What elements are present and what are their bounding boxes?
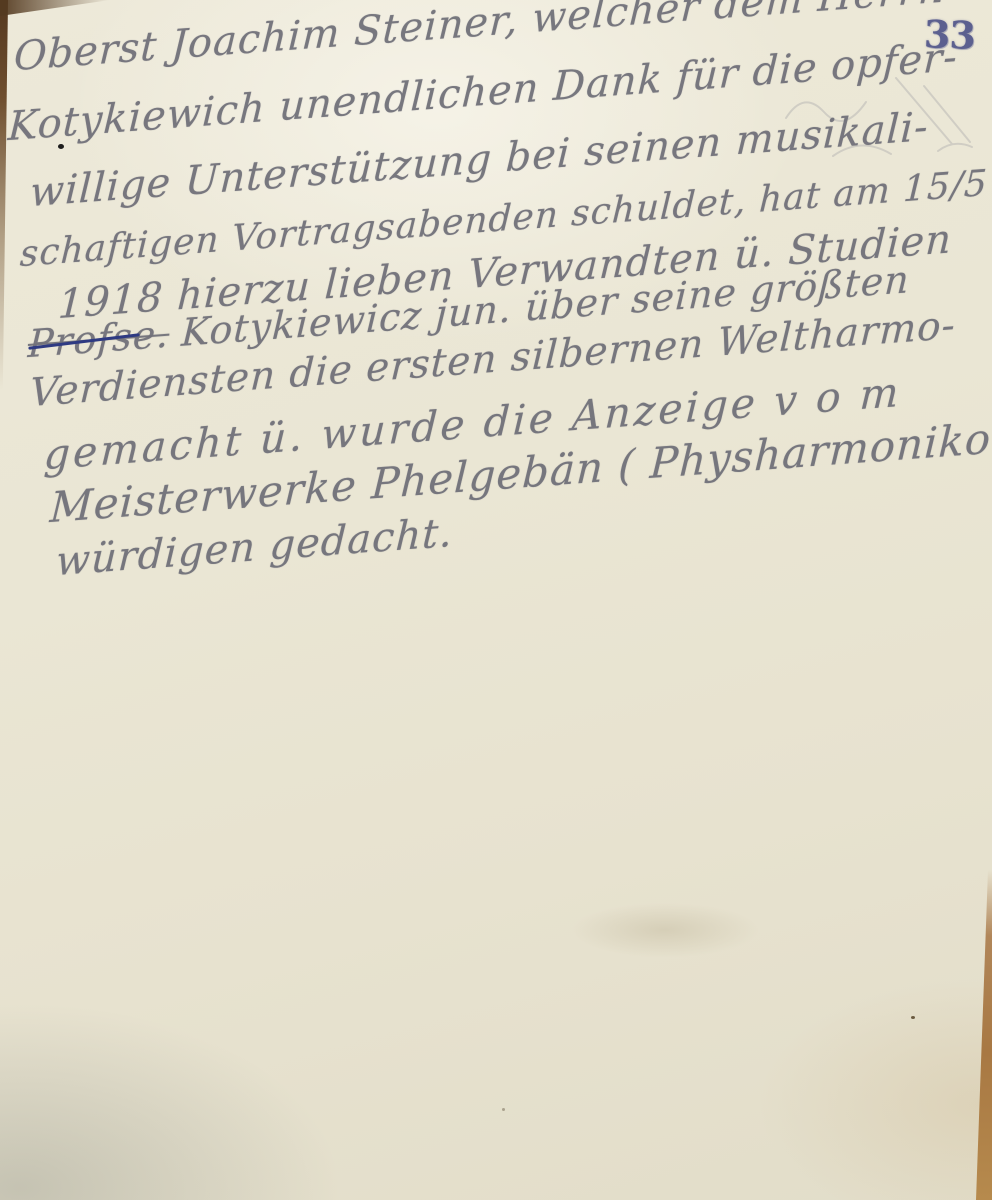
paper-speck (502, 1108, 505, 1111)
notebook-page-photo: 33 Oberst Joachim Steiner, welcher dem H… (0, 0, 992, 1200)
paper-speck (911, 1016, 915, 1019)
ink-speck (58, 144, 64, 149)
handwriting-layer: Oberst Joachim Steiner, welcher dem Herr… (0, 0, 992, 1200)
